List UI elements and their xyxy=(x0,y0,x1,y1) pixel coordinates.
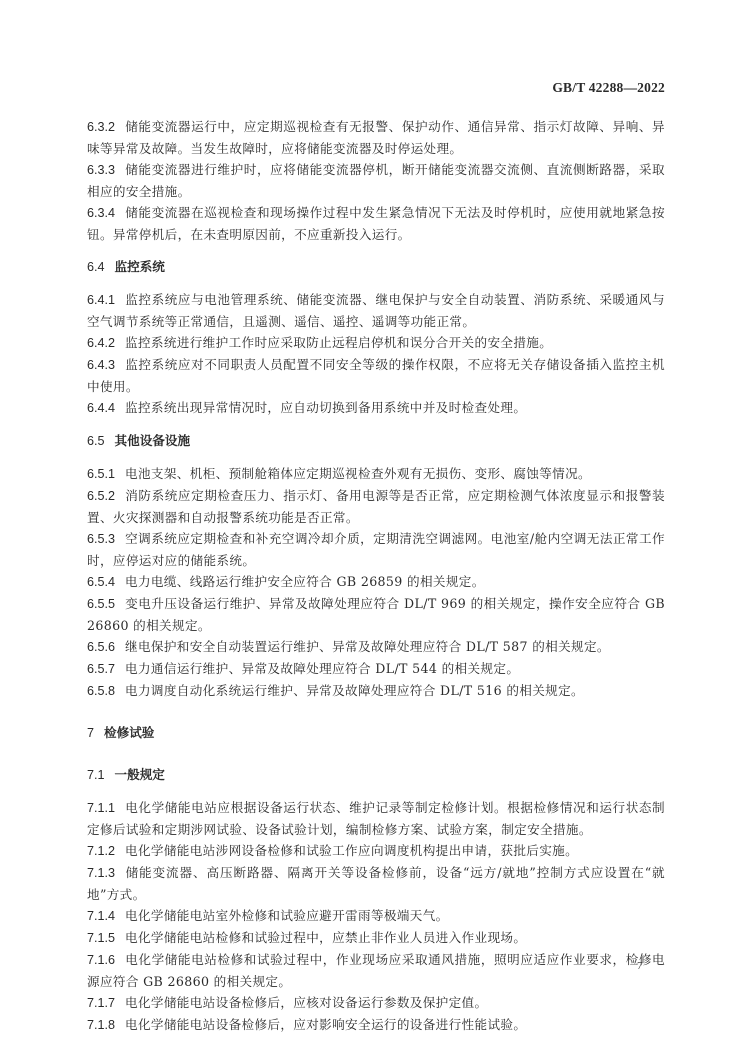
section-heading-6-5: 6.5其他设备设施 xyxy=(87,430,665,452)
clause-text: 消防系统应定期检查压力、指示灯、备用电源等是否正常，应定期检测气体浓度显示和报警… xyxy=(87,488,665,525)
clause-text: 电力调度自动化系统运行维护、异常及故障处理应符合 DL/T 516 的相关规定。 xyxy=(125,683,584,698)
clause-text: 变电升压设备运行维护、异常及故障处理应符合 DL/T 969 的相关规定，操作安… xyxy=(87,596,665,633)
section-number: 6.5 xyxy=(87,434,105,448)
clause-number: 6.5.2 xyxy=(87,489,115,503)
clause-text: 空调系统应定期检查和补充空调冷却介质，定期清洗空调滤网。电池室/舱内空调无法正常… xyxy=(87,531,665,568)
chapter-heading-7: 7检修试验 xyxy=(87,722,665,744)
clause-number: 6.4.4 xyxy=(87,401,115,415)
section-number: 7.1 xyxy=(87,768,105,782)
clause-7-1-3: 7.1.3储能变流器、高压断路器、隔离开关等设备检修前，设备“远方/就地”控制方… xyxy=(87,862,665,905)
section-number: 6.4 xyxy=(87,260,105,274)
clause-6-5-1: 6.5.1电池支架、机柜、预制舱箱体应定期巡视检查外观有无损伤、变形、腐蚀等情况… xyxy=(87,463,665,485)
clause-6-5-5: 6.5.5变电升压设备运行维护、异常及故障处理应符合 DL/T 969 的相关规… xyxy=(87,593,665,636)
clause-6-5-3: 6.5.3空调系统应定期检查和补充空调冷却介质，定期清洗空调滤网。电池室/舱内空… xyxy=(87,528,665,571)
clause-text: 电化学储能电站涉网设备检修和试验工作应向调度机构提出申请，获批后实施。 xyxy=(125,843,578,858)
clause-number: 6.5.6 xyxy=(87,640,115,654)
clause-number: 7.1.7 xyxy=(87,996,115,1010)
clause-6-4-2: 6.4.2监控系统进行维护工作时应采取防止远程启停机和误分合开关的安全措施。 xyxy=(87,332,665,354)
clause-number: 6.4.2 xyxy=(87,336,115,350)
clause-text: 监控系统应对不同职责人员配置不同安全等级的操作权限，不应将无关存储设备插入监控主… xyxy=(87,357,665,394)
clause-6-4-1: 6.4.1监控系统应与电池管理系统、储能变流器、继电保护与安全自动装置、消防系统… xyxy=(87,289,665,332)
document-page: GB/T 42288—2022 6.3.2储能变流器运行中，应定期巡视检查有无报… xyxy=(0,0,741,1042)
clause-number: 7.1.8 xyxy=(87,1018,115,1032)
clause-text: 储能变流器运行中，应定期巡视检查有无报警、保护动作、通信异常、指示灯故障、异响、… xyxy=(87,119,665,156)
clause-number: 6.5.1 xyxy=(87,467,115,481)
chapter-number: 7 xyxy=(87,726,94,740)
chapter-title: 检修试验 xyxy=(104,725,154,740)
clause-text: 储能变流器进行维护时，应将储能变流器停机，断开储能变流器交流侧、直流侧断路器，采… xyxy=(87,162,665,199)
clause-number: 6.3.2 xyxy=(87,120,115,134)
clause-7-1-2: 7.1.2电化学储能电站涉网设备检修和试验工作应向调度机构提出申请，获批后实施。 xyxy=(87,840,665,862)
clause-text: 监控系统出现异常情况时，应自动切换到备用系统中并及时检查处理。 xyxy=(125,400,526,415)
clause-text: 电化学储能电站应根据设备运行状态、维护记录等制定检修计划。根据检修情况和运行状态… xyxy=(87,800,665,837)
clause-7-1-4: 7.1.4电化学储能电站室外检修和试验应避开雷雨等极端天气。 xyxy=(87,905,665,927)
clause-number: 7.1.2 xyxy=(87,844,115,858)
clause-number: 7.1.4 xyxy=(87,909,115,923)
clause-text: 电化学储能电站设备检修后，应对影响安全运行的设备进行性能试验。 xyxy=(125,1017,526,1032)
clause-text: 监控系统进行维护工作时应采取防止远程启停机和误分合开关的安全措施。 xyxy=(125,335,552,350)
clause-number: 6.5.4 xyxy=(87,575,115,589)
clause-6-4-3: 6.4.3监控系统应对不同职责人员配置不同安全等级的操作权限，不应将无关存储设备… xyxy=(87,354,665,397)
clause-6-3-3: 6.3.3储能变流器进行维护时，应将储能变流器停机，断开储能变流器交流侧、直流侧… xyxy=(87,159,665,202)
clause-text: 电化学储能电站检修和试验过程中，应禁止非作业人员进入作业现场。 xyxy=(125,930,526,945)
section-heading-7-1: 7.1一般规定 xyxy=(87,764,665,786)
clause-text: 电力通信运行维护、异常及故障处理应符合 DL/T 544 的相关规定。 xyxy=(125,661,519,676)
clause-6-5-6: 6.5.6继电保护和安全自动装置运行维护、异常及故障处理应符合 DL/T 587… xyxy=(87,636,665,658)
clause-number: 7.1.5 xyxy=(87,931,115,945)
clause-number: 7.1.1 xyxy=(87,801,115,815)
section-title: 其他设备设施 xyxy=(115,433,191,448)
clause-text: 电池支架、机柜、预制舱箱体应定期巡视检查外观有无损伤、变形、腐蚀等情况。 xyxy=(125,466,591,481)
clause-6-5-2: 6.5.2消防系统应定期检查压力、指示灯、备用电源等是否正常，应定期检测气体浓度… xyxy=(87,485,665,528)
clause-number: 6.3.4 xyxy=(87,206,115,220)
clause-number: 6.4.1 xyxy=(87,293,115,307)
clause-number: 6.5.8 xyxy=(87,684,115,698)
section-title: 一般规定 xyxy=(115,767,165,782)
clause-6-3-4: 6.3.4储能变流器在巡视检查和现场操作过程中发生紧急情况下无法及时停机时，应使… xyxy=(87,202,665,245)
clause-number: 6.5.5 xyxy=(87,597,115,611)
standard-code: GB/T 42288—2022 xyxy=(552,80,665,96)
clause-text: 电化学储能电站室外检修和试验应避开雷雨等极端天气。 xyxy=(125,908,449,923)
clause-text: 监控系统应与电池管理系统、储能变流器、继电保护与安全自动装置、消防系统、采暖通风… xyxy=(87,292,665,329)
clause-6-5-4: 6.5.4电力电缆、线路运行维护安全应符合 GB 26859 的相关规定。 xyxy=(87,571,665,593)
clause-6-5-8: 6.5.8电力调度自动化系统运行维护、异常及故障处理应符合 DL/T 516 的… xyxy=(87,680,665,702)
clause-number: 6.5.3 xyxy=(87,532,115,546)
clause-7-1-5: 7.1.5电化学储能电站检修和试验过程中，应禁止非作业人员进入作业现场。 xyxy=(87,927,665,949)
clause-text: 储能变流器在巡视检查和现场操作过程中发生紧急情况下无法及时停机时，应使用就地紧急… xyxy=(87,205,665,242)
clause-text: 电化学储能电站检修和试验过程中，作业现场应采取通风措施，照明应适应作业要求，检修… xyxy=(87,952,665,989)
clause-6-5-7: 6.5.7电力通信运行维护、异常及故障处理应符合 DL/T 544 的相关规定。 xyxy=(87,658,665,680)
clause-6-3-2: 6.3.2储能变流器运行中，应定期巡视检查有无报警、保护动作、通信异常、指示灯故… xyxy=(87,116,665,159)
clause-number: 7.1.3 xyxy=(87,866,115,880)
clause-number: 6.4.3 xyxy=(87,358,115,372)
clause-7-1-8: 7.1.8电化学储能电站设备检修后，应对影响安全运行的设备进行性能试验。 xyxy=(87,1014,665,1036)
clause-number: 7.1.6 xyxy=(87,953,115,967)
clause-text: 继电保护和安全自动装置运行维护、异常及故障处理应符合 DL/T 587 的相关规… xyxy=(125,639,610,654)
clause-text: 储能变流器、高压断路器、隔离开关等设备检修前，设备“远方/就地”控制方式应设置在… xyxy=(87,865,665,902)
clause-6-4-4: 6.4.4监控系统出现异常情况时，应自动切换到备用系统中并及时检查处理。 xyxy=(87,397,665,419)
section-title: 监控系统 xyxy=(115,259,165,274)
clause-7-1-1: 7.1.1电化学储能电站应根据设备运行状态、维护记录等制定检修计划。根据检修情况… xyxy=(87,797,665,840)
clause-text: 电化学储能电站设备检修后，应核对设备运行参数及保护定值。 xyxy=(125,995,487,1010)
clause-number: 6.5.7 xyxy=(87,662,115,676)
section-heading-6-4: 6.4监控系统 xyxy=(87,256,665,278)
clause-text: 电力电缆、线路运行维护安全应符合 GB 26859 的相关规定。 xyxy=(125,574,485,589)
clause-number: 6.3.3 xyxy=(87,163,115,177)
clause-7-1-6: 7.1.6电化学储能电站检修和试验过程中，作业现场应采取通风措施，照明应适应作业… xyxy=(87,949,665,992)
clause-7-1-7: 7.1.7电化学储能电站设备检修后，应核对设备运行参数及保护定值。 xyxy=(87,992,665,1014)
page-number: 7 xyxy=(637,960,643,972)
document-body: 6.3.2储能变流器运行中，应定期巡视检查有无报警、保护动作、通信异常、指示灯故… xyxy=(87,116,665,1036)
